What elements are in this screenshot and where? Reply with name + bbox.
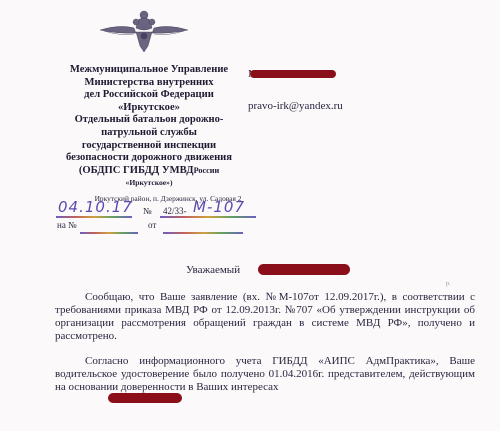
number-underline bbox=[160, 216, 256, 218]
letter-page: Межмуниципальное Управление Министерства… bbox=[0, 0, 500, 431]
from-label: от bbox=[148, 220, 156, 230]
letterhead-line: Министерства внутренних bbox=[56, 77, 242, 90]
ref-underline bbox=[80, 232, 138, 234]
date-underline bbox=[56, 216, 132, 218]
letterhead-line: «Иркутское») bbox=[56, 177, 242, 188]
paragraph-1: Сообщаю, что Ваше заявление (вх. №М-107о… bbox=[55, 291, 475, 343]
paragraph-2: Согласно информационного учета ГИБДД «АИ… bbox=[55, 355, 475, 394]
handwritten-date: 04.10.17 bbox=[58, 198, 133, 216]
handwritten-number: М-107 bbox=[193, 198, 245, 216]
from-underline bbox=[163, 232, 243, 234]
number-prefix: 42/33- bbox=[163, 206, 187, 216]
letterhead-block: Межмуниципальное Управление Министерства… bbox=[56, 64, 242, 188]
redaction-recipient bbox=[250, 70, 336, 78]
redaction-representative bbox=[108, 393, 182, 403]
letterhead-line: «Иркутское» bbox=[56, 102, 242, 115]
redaction-greeting-name bbox=[258, 264, 350, 275]
letterhead-line: государственной инспекции bbox=[56, 140, 242, 153]
letterhead-line: безопасности дорожного движения bbox=[56, 152, 242, 165]
paper-mark: р. bbox=[446, 281, 451, 287]
letterhead-line: (ОБДПС ГИБДД УМВДРоссии bbox=[56, 165, 242, 178]
ref-label: на № bbox=[57, 220, 77, 230]
letterhead-line: Межмуниципальное Управление bbox=[56, 64, 242, 77]
number-label: № bbox=[143, 206, 152, 216]
recipient-email: pravo-irk@yandex.ru bbox=[248, 100, 343, 112]
letterhead-line: дел Российской Федерации bbox=[56, 89, 242, 102]
letterhead-line: патрульной службы bbox=[56, 127, 242, 140]
mvd-emblem-icon bbox=[98, 6, 190, 56]
greeting: Уважаемый bbox=[186, 264, 240, 276]
letterhead-line: Отдельный батальон дорожно- bbox=[56, 114, 242, 127]
